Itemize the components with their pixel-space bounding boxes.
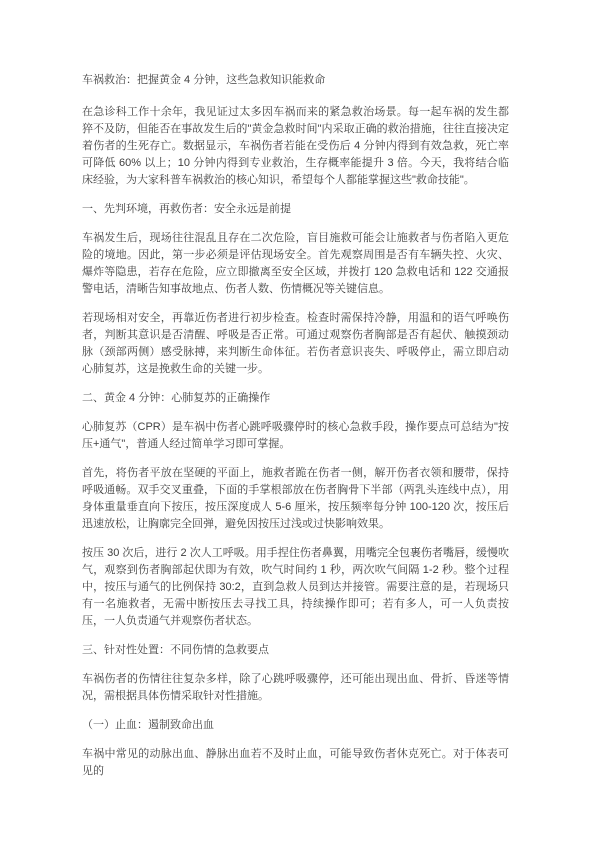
section-heading-3: 三、针对性处置：不同伤情的急救要点 xyxy=(82,642,509,659)
document-content: 车祸救治：把握黄金 4 分钟，这些急救知识能救命 在急诊科工作十余年，我见证过太… xyxy=(82,72,509,792)
section-heading-2: 二、黄金 4 分钟：心肺复苏的正确操作 xyxy=(82,390,509,407)
paragraph-scene-safety: 车祸发生后，现场往往混乱且存在二次危险，盲目施救可能会让施救者与伤者陷入更危险的… xyxy=(82,230,509,298)
article-title: 车祸救治：把握黄金 4 分钟，这些急救知识能救命 xyxy=(82,72,509,89)
paragraph-initial-check: 若现场相对安全，再靠近伤者进行初步检查。检查时需保持冷静，用温和的语气呼唤伤者，… xyxy=(82,310,509,378)
paragraph-intro: 在急诊科工作十余年，我见证过太多因车祸而来的紧急救治场景。每一起车祸的发生都猝不… xyxy=(82,104,509,189)
paragraph-cpr-compression: 首先，将伤者平放在坚硬的平面上，施救者跪在伤者一侧，解开伤者衣领和腰带，保持呼吸… xyxy=(82,465,509,533)
document-page: 车祸救治：把握黄金 4 分钟，这些急救知识能救命 在急诊科工作十余年，我见证过太… xyxy=(0,0,595,841)
paragraph-bleeding: 车祸中常见的动脉出血、静脉出血若不及时止血，可能导致伤者休克死亡。对于体表可见的 xyxy=(82,746,509,780)
paragraph-cpr-ventilation: 按压 30 次后，进行 2 次人工呼吸。用手捏住伤者鼻翼，用嘴完全包裹伤者嘴唇，… xyxy=(82,545,509,630)
section-heading-1: 一、先判环境，再救伤者：安全永远是前提 xyxy=(82,201,509,218)
paragraph-injury-types: 车祸伤者的伤情往往复杂多样，除了心跳呼吸骤停，还可能出现出血、骨折、昏迷等情况，… xyxy=(82,671,509,705)
subsection-heading-hemostasis: （一）止血：遏制致命出血 xyxy=(82,717,509,734)
paragraph-cpr-overview: 心肺复苏（CPR）是车祸中伤者心跳呼吸骤停时的核心急救手段，操作要点可总结为"按… xyxy=(82,419,509,453)
